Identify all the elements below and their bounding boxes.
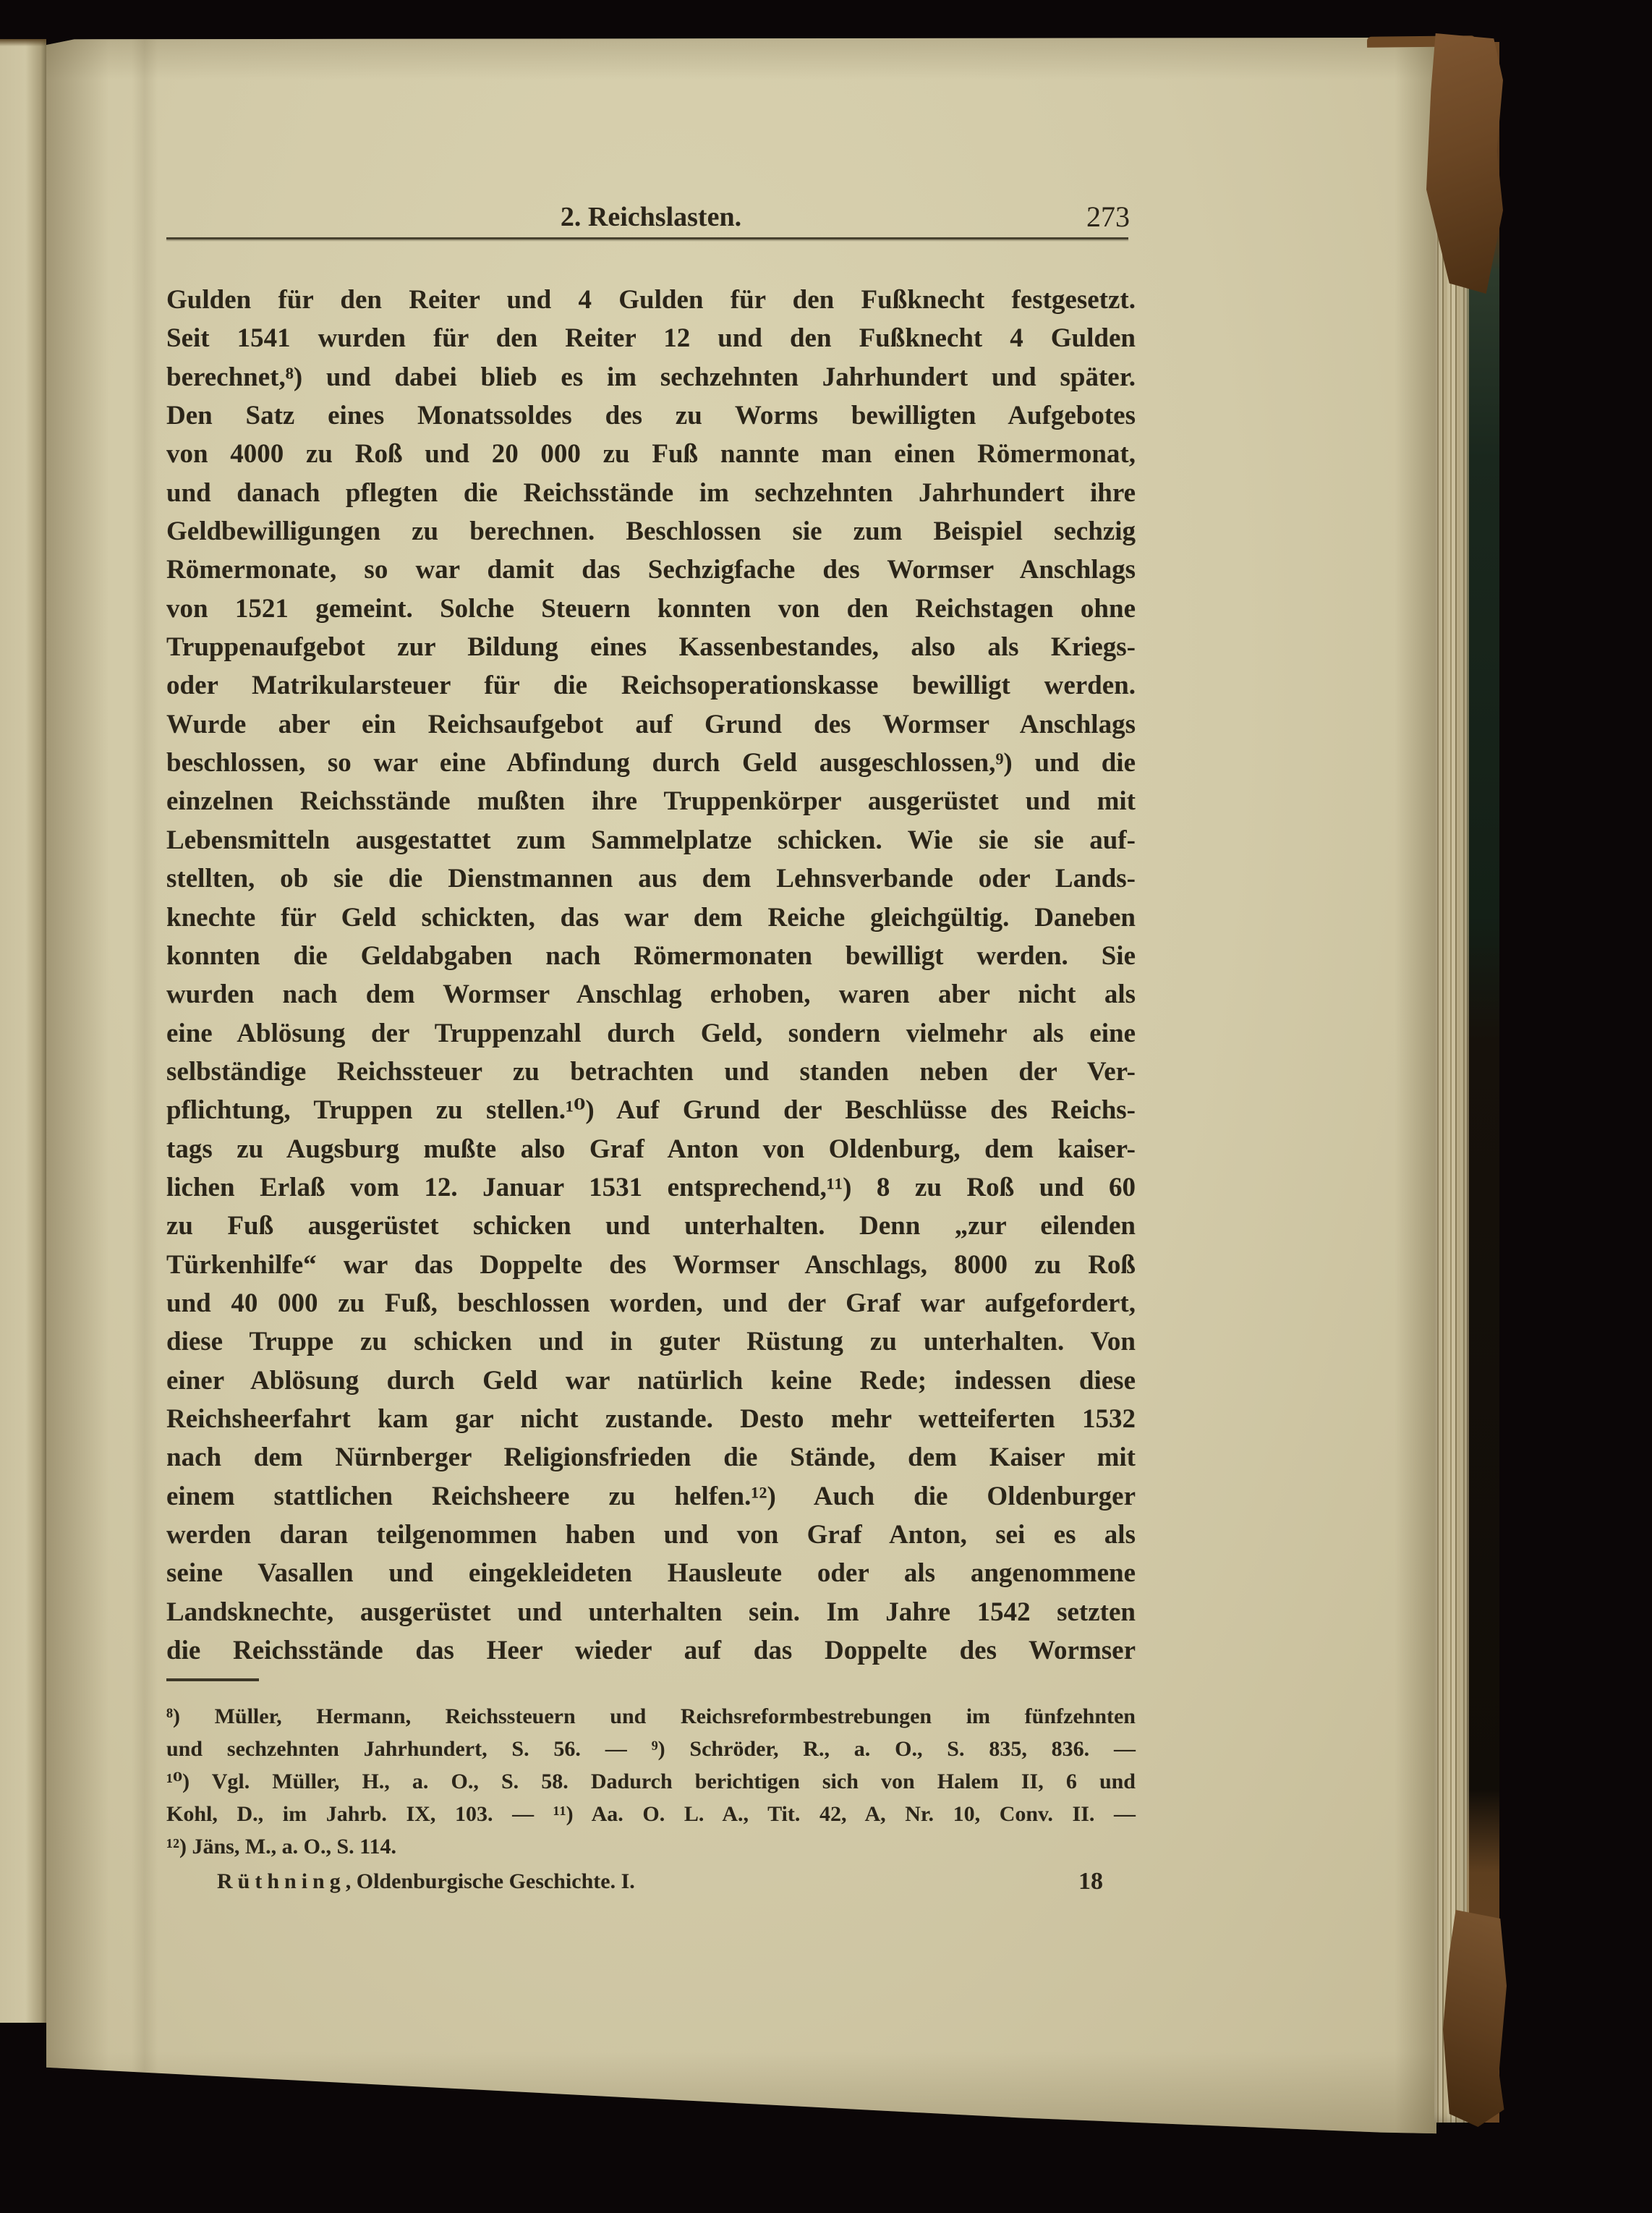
sheet-number: 18: [1078, 1865, 1103, 1898]
cover-edge: [1467, 42, 1499, 2123]
body-text-line: tags zu Augsburg mußte also Graf Anton v…: [166, 1130, 1136, 1168]
footnote-line: ⁸) Müller, Hermann, Reichssteuern und Re…: [166, 1700, 1136, 1733]
footnote-line: Kohl, D., im Jahrb. IX, 103. — ¹¹) Aa. O…: [166, 1798, 1136, 1830]
footnote-separator-rule: [166, 1678, 259, 1681]
footnote-line: ¹²) Jäns, M., a. O., S. 114.: [166, 1830, 1136, 1863]
footnote-block: ⁸) Müller, Hermann, Reichssteuern und Re…: [166, 1700, 1136, 1863]
body-text-line: stellten, ob sie die Dienstmannen aus de…: [166, 859, 1136, 898]
facing-page-sliver: [0, 39, 46, 2023]
body-text-line: Truppenaufgebot zur Bildung eines Kassen…: [166, 628, 1136, 666]
book-scan: 2. Reichslasten. 273 Gulden für den Reit…: [0, 0, 1652, 2213]
body-text-line: zu Fuß ausgerüstet schicken und unterhal…: [166, 1207, 1136, 1245]
body-text-line: eine Ablösung der Truppenzahl durch Geld…: [166, 1014, 1136, 1053]
body-text-line: Gulden für den Reiter und 4 Gulden für d…: [166, 281, 1136, 319]
body-text-line: werden daran teilgenommen haben und von …: [166, 1516, 1136, 1554]
work-title: , Oldenburgische Geschichte. I.: [346, 1869, 635, 1893]
body-text-line: Geldbewilligungen zu berechnen. Beschlos…: [166, 512, 1136, 551]
printers-signature-row: Rüthning, Oldenburgische Geschichte. I. …: [166, 1865, 1136, 1898]
body-text-line: lichen Erlaß vom 12. Januar 1531 entspre…: [166, 1168, 1136, 1207]
body-text-line: seine Vasallen und eingekleideten Hausle…: [166, 1554, 1136, 1592]
author-name: Rüthning: [217, 1869, 346, 1893]
body-text-line: einzelnen Reichsstände mußten ihre Trupp…: [166, 782, 1136, 820]
body-text-line: Landsknechte, ausgerüstet und unterhalte…: [166, 1593, 1136, 1631]
body-text-line: konnten die Geldabgaben nach Römermonate…: [166, 937, 1136, 975]
body-text-line: Römermonate, so war damit das Sechzigfac…: [166, 551, 1136, 589]
body-text-line: und danach pflegten die Reichsstände im …: [166, 474, 1136, 512]
book-page: 2. Reichslasten. 273 Gulden für den Reit…: [46, 38, 1436, 2136]
body-text-line: einem stattlichen Reichsheere zu helfen.…: [166, 1477, 1136, 1516]
body-text-line: die Reichsstände das Heer wieder auf das…: [166, 1631, 1136, 1670]
body-text-block: Gulden für den Reiter und 4 Gulden für d…: [166, 281, 1136, 1670]
body-text-line: knechte für Geld schickten, das war dem …: [166, 899, 1136, 937]
body-text-line: nach dem Nürnberger Religionsfrieden die…: [166, 1438, 1136, 1477]
body-text-line: berechnet,⁸) und dabei blieb es im sechz…: [166, 358, 1136, 396]
body-text-line: Seit 1541 wurden für den Reiter 12 und d…: [166, 319, 1136, 357]
fore-edge-pages: [1434, 41, 1468, 2123]
body-text-line: wurden nach dem Wormser Anschlag erhoben…: [166, 975, 1136, 1014]
body-text-line: Wurde aber ein Reichsaufgebot auf Grund …: [166, 705, 1136, 744]
header-rule: [166, 237, 1128, 239]
body-text-line: einer Ablösung durch Geld war natürlich …: [166, 1362, 1136, 1400]
body-text-line: Den Satz eines Monatssoldes des zu Worms…: [166, 396, 1136, 435]
footnote-line: ¹⁰) Vgl. Müller, H., a. O., S. 58. Dadur…: [166, 1765, 1136, 1798]
body-text-line: von 4000 zu Roß und 20 000 zu Fuß nannte…: [166, 435, 1136, 473]
chapter-heading: 2. Reichslasten.: [166, 198, 1136, 236]
body-text-line: pflichtung, Truppen zu stellen.¹⁰) Auf G…: [166, 1091, 1136, 1129]
body-text-line: diese Truppe zu schicken und in guter Rü…: [166, 1322, 1136, 1361]
footnote-line: und sechzehnten Jahrhundert, S. 56. — ⁹)…: [166, 1733, 1136, 1765]
body-text-line: Türkenhilfe“ war das Doppelte des Wormse…: [166, 1246, 1136, 1284]
running-header: 2. Reichslasten. 273: [166, 198, 1136, 236]
body-text-line: von 1521 gemeint. Solche Steuern konnten…: [166, 590, 1136, 628]
body-text-line: Lebensmitteln ausgestattet zum Sammelpla…: [166, 821, 1136, 859]
body-text-line: beschlossen, so war eine Abfindung durch…: [166, 744, 1136, 782]
body-text-line: selbständige Reichssteuer zu betrachten …: [166, 1053, 1136, 1091]
leather-corner-bottom: [1443, 1910, 1507, 2127]
body-text-line: und 40 000 zu Fuß, beschlossen worden, u…: [166, 1284, 1136, 1322]
page-number: 273: [1086, 198, 1130, 236]
body-text-line: Reichsheerfahrt kam gar nicht zustande. …: [166, 1400, 1136, 1438]
body-text-line: oder Matrikularsteuer für die Reichsoper…: [166, 666, 1136, 705]
